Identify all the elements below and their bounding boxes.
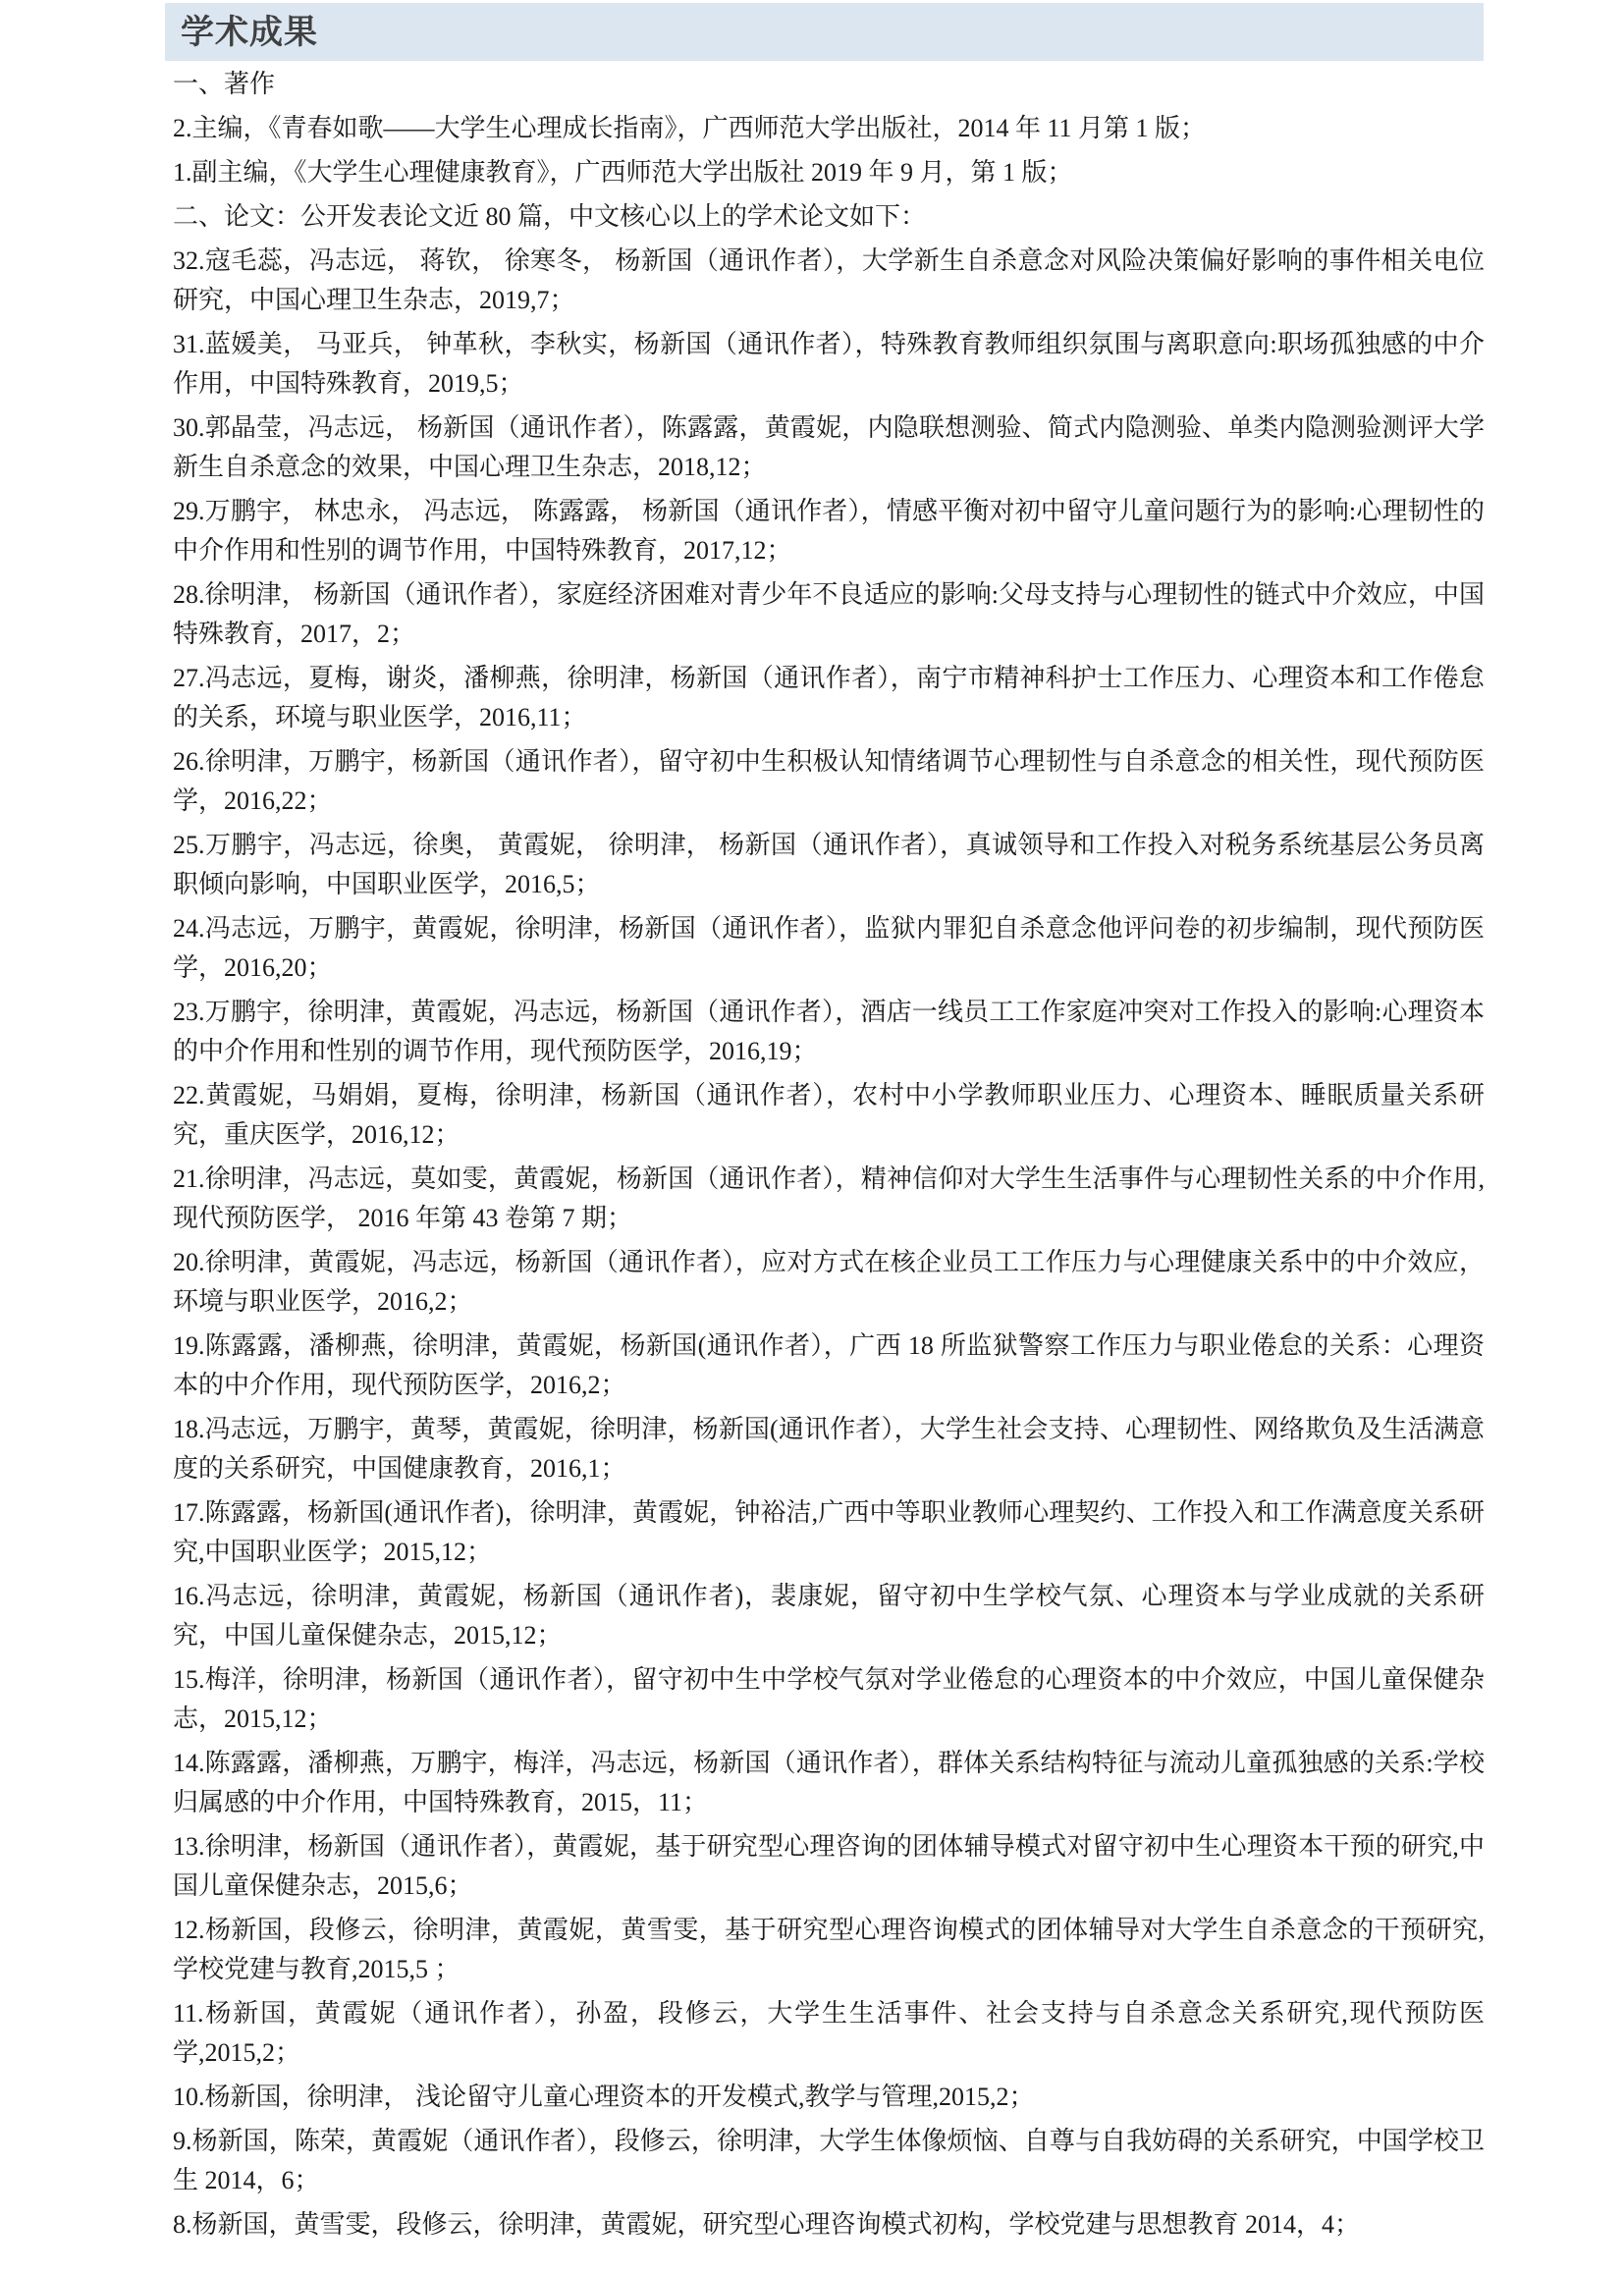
publication-list: 一、著作2.主编，《青春如歌——大学生心理成长指南》，广西师范大学出版社，201…	[173, 65, 1485, 2249]
paper-item: 14.陈露露，潘柳燕，万鹏宇，梅洋，冯志远，杨新国（通讯作者），群体关系结构特征…	[173, 1744, 1485, 1822]
page-title: 学术成果	[181, 16, 318, 49]
section-title-bar: 学术成果	[165, 3, 1484, 61]
paper-item: 26.徐明津，万鹏宇，杨新国（通讯作者），留守初中生积极认知情绪调节心理韧性与自…	[173, 742, 1485, 821]
paper-item: 31.蓝媛美， 马亚兵， 钟革秋，李秋实，杨新国（通讯作者），特殊教育教师组织氛…	[173, 325, 1485, 404]
paper-item: 12.杨新国，段修云，徐明津，黄霞妮，黄雪雯，基于研究型心理咨询模式的团体辅导对…	[173, 1911, 1485, 1989]
paper-item: 21.徐明津，冯志远，莫如雯，黄霞妮，杨新国（通讯作者），精神信仰对大学生生活事…	[173, 1160, 1485, 1238]
paper-item: 9.杨新国，陈荣，黄霞妮（通讯作者），段修云，徐明津，大学生体像烦恼、自尊与自我…	[173, 2122, 1485, 2200]
paper-item: 17.陈露露，杨新国(通讯作者)，徐明津，黄霞妮，钟裕洁,广西中等职业教师心理契…	[173, 1493, 1485, 1572]
heading-books: 一、著作	[173, 65, 1485, 104]
paper-item: 20.徐明津，黄霞妮，冯志远，杨新国（通讯作者），应对方式在核企业员工工作压力与…	[173, 1243, 1485, 1322]
paper-item: 32.寇毛蕊，冯志远， 蒋钦， 徐寒冬， 杨新国（通讯作者），大学新生自杀意念对…	[173, 242, 1485, 320]
paper-item: 18.冯志远，万鹏宇，黄琴，黄霞妮，徐明津，杨新国(通讯作者），大学生社会支持、…	[173, 1410, 1485, 1488]
paper-item: 11.杨新国，黄霞妮（通讯作者），孙盈，段修云，大学生生活事件、社会支持与自杀意…	[173, 1994, 1485, 2073]
paper-item: 8.杨新国，黄雪雯，段修云，徐明津，黄霞妮，研究型心理咨询模式初构，学校党建与思…	[173, 2205, 1485, 2245]
paper-item: 23.万鹏宇，徐明津，黄霞妮，冯志远，杨新国（通讯作者），酒店一线员工工作家庭冲…	[173, 993, 1485, 1071]
paper-item: 22.黄霞妮，马娟娟，夏梅，徐明津，杨新国（通讯作者），农村中小学教师职业压力、…	[173, 1076, 1485, 1155]
heading-papers: 二、论文：公开发表论文近 80 篇，中文核心以上的学术论文如下：	[173, 197, 1485, 237]
paper-item: 10.杨新国，徐明津， 浅论留守儿童心理资本的开发模式,教学与管理,2015,2…	[173, 2078, 1485, 2117]
paper-item: 24.冯志远，万鹏宇，黄霞妮，徐明津，杨新国（通讯作者），监狱内罪犯自杀意念他评…	[173, 909, 1485, 988]
paper-item: 25.万鹏宇，冯志远，徐奥， 黄霞妮， 徐明津， 杨新国（通讯作者），真诚领导和…	[173, 826, 1485, 904]
book-item: 1.副主编，《大学生心理健康教育》，广西师范大学出版社 2019 年 9 月，第…	[173, 153, 1485, 192]
paper-item: 16.冯志远，徐明津，黄霞妮，杨新国（通讯作者)，裴康妮，留守初中生学校气氛、心…	[173, 1577, 1485, 1655]
paper-item: 15.梅洋，徐明津，杨新国（通讯作者），留守初中生中学校气氛对学业倦怠的心理资本…	[173, 1660, 1485, 1739]
paper-item: 28.徐明津， 杨新国（通讯作者），家庭经济困难对青少年不良适应的影响:父母支持…	[173, 575, 1485, 654]
book-item: 2.主编，《青春如歌——大学生心理成长指南》，广西师范大学出版社，2014 年 …	[173, 109, 1485, 148]
paper-item: 30.郭晶莹，冯志远， 杨新国（通讯作者），陈露露，黄霞妮，内隐联想测验、简式内…	[173, 408, 1485, 487]
paper-item: 19.陈露露，潘柳燕，徐明津，黄霞妮，杨新国(通讯作者），广西 18 所监狱警察…	[173, 1326, 1485, 1405]
paper-item: 13.徐明津，杨新国（通讯作者），黄霞妮，基于研究型心理咨询的团体辅导模式对留守…	[173, 1827, 1485, 1906]
document-page: 学术成果 一、著作2.主编，《青春如歌——大学生心理成长指南》，广西师范大学出版…	[0, 0, 1624, 2273]
paper-item: 27.冯志远，夏梅，谢炎，潘柳燕，徐明津，杨新国（通讯作者），南宁市精神科护士工…	[173, 659, 1485, 737]
paper-item: 29.万鹏宇， 林忠永， 冯志远， 陈露露， 杨新国（通讯作者），情感平衡对初中…	[173, 492, 1485, 570]
